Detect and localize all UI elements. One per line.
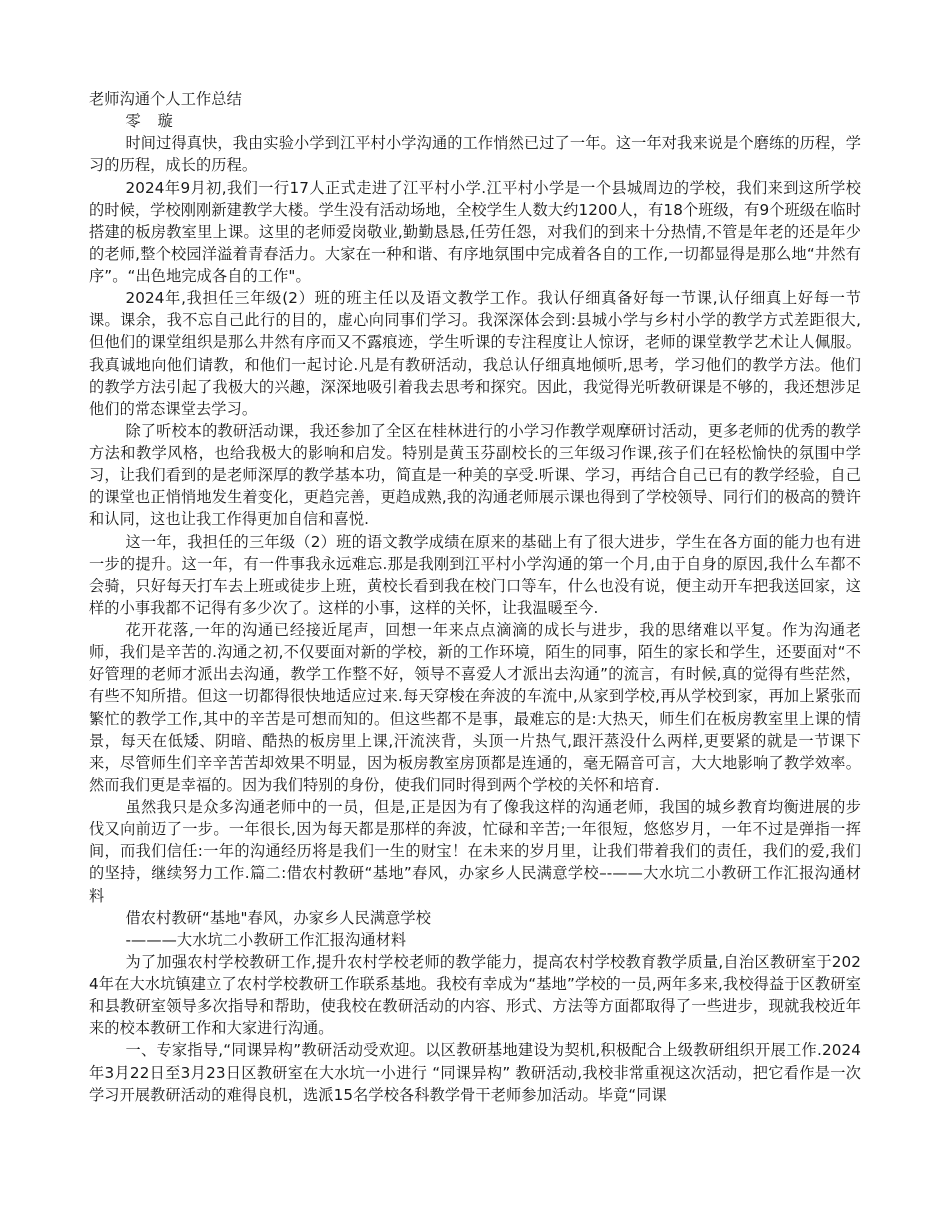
paragraph: 2024年9月初,我们一行17人正式走进了江平村小学.江平村小学是一个县城周边的… xyxy=(89,177,861,288)
paragraph: 花开花落,一年的沟通已经接近尾声，回想一年来点点滴滴的成长与进步，我的思绪难以平… xyxy=(89,619,861,796)
paragraph: 2024年,我担任三年级(2）班的班主任以及语文教学工作。我认仔细真备好每一节课… xyxy=(89,287,861,420)
paragraph: 时间过得真快，我由实验小学到江平村小学沟通的工作悄然已过了一年。这一年对我来说是… xyxy=(89,132,861,176)
paragraph: 这一年，我担任的三年级（2）班的语文教学成绩在原来的基础上有了很大进步，学生在各… xyxy=(89,531,861,620)
paragraph: 虽然我只是众多沟通老师中的一员，但是,正是因为有了像我这样的沟通老师，我国的城乡… xyxy=(89,796,861,907)
section-heading: 借农村教研“基地"春风，办家乡人民满意学校 xyxy=(89,907,861,929)
paragraph: 一、专家指导,“同课异构”教研活动受欢迎。以区教研基地建设为契机,积极配合上级教… xyxy=(89,1039,861,1105)
paragraph: 为了加强农村学校教研工作,提升农村学校老师的教学能力，提高农村学校教育教学质量,… xyxy=(89,951,861,1040)
document-author: 零 璇 xyxy=(89,110,861,132)
document-title: 老师沟通个人工作总结 xyxy=(89,88,861,110)
section-subheading: -———大水坑二小教研工作汇报沟通材料 xyxy=(89,929,861,951)
paragraph: 除了听校本的教研活动课，我还参加了全区在桂林进行的小学习作教学观摩研讨活动，更多… xyxy=(89,420,861,531)
document-page: 老师沟通个人工作总结 零 璇 时间过得真快，我由实验小学到江平村小学沟通的工作悄… xyxy=(89,88,861,1106)
